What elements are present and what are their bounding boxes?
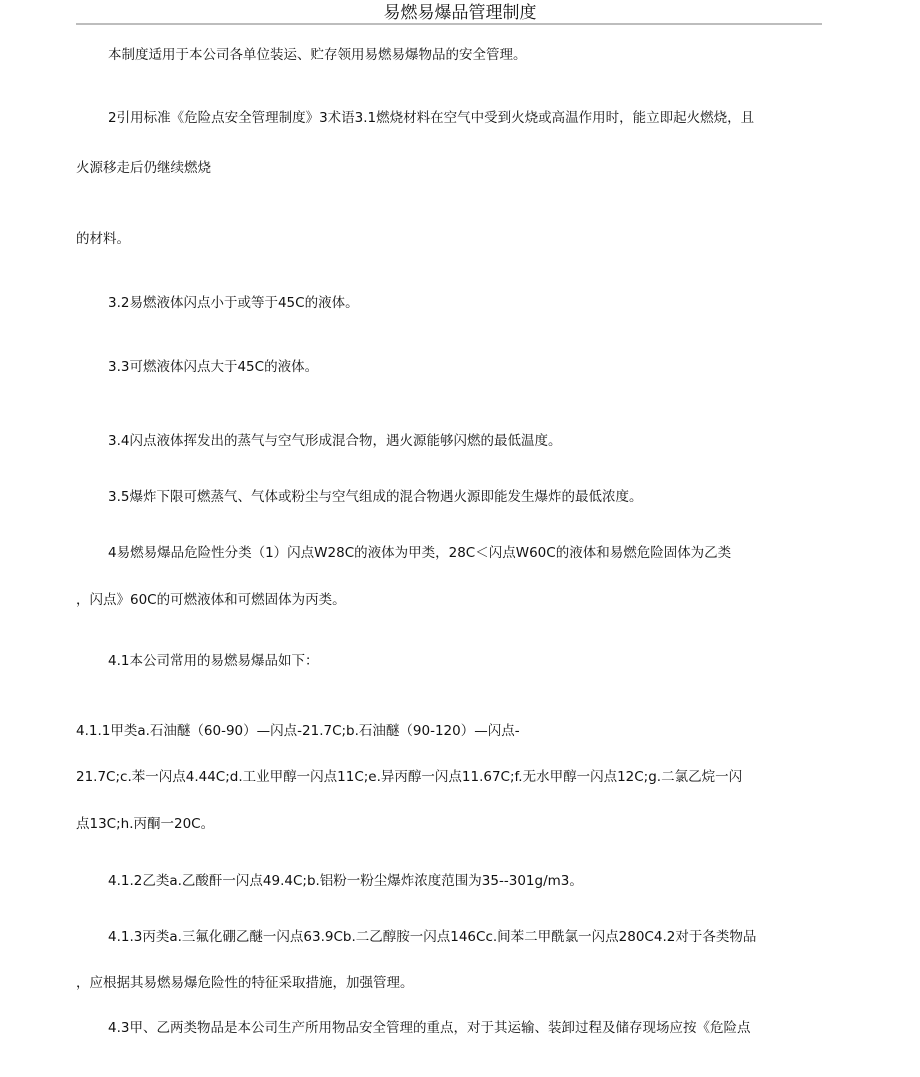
paragraph-3-5: 3.5爆炸下限可燃蒸气、气体或粉尘与空气组成的混合物遇火源即能发生爆炸的最低浓度… — [108, 488, 642, 506]
paragraph-3-2: 3.2易燃液体闪点小于或等于45C的液体。 — [108, 294, 359, 312]
title-divider — [76, 23, 822, 25]
paragraph-4-1-3-cont: ，应根据其易燃易爆危险性的特征采取措施，加强管理。 — [76, 974, 414, 992]
paragraph-4-1-2: 4.1.2乙类a.乙酸酐一闪点49.4C;b.铝粉一粉尘爆炸浓度范围为35--3… — [108, 872, 583, 890]
paragraph-reference-standard-end: 的材料。 — [76, 230, 130, 248]
paragraph-4-1-1-cont: 21.7C;c.苯一闪点4.44C;d.工业甲醇一闪点11C;e.异丙醇一闪点1… — [76, 768, 742, 786]
paragraph-4-3: 4.3甲、乙两类物品是本公司生产所用物品安全管理的重点，对于其运输、装卸过程及储… — [108, 1019, 750, 1037]
paragraph-4-1: 4.1本公司常用的易燃易爆品如下： — [108, 652, 318, 670]
paragraph-reference-standard-cont: 火源移走后仍继续燃烧 — [76, 159, 211, 177]
paragraph-4-1-3: 4.1.3丙类a.三氟化硼乙醚一闪点63.9Cb.二乙醇胺一闪点146Cc.间苯… — [108, 928, 756, 946]
paragraph-scope: 本制度适用于本公司各单位装运、贮存领用易燃易爆物品的安全管理。 — [108, 46, 527, 64]
paragraph-3-4: 3.4闪点液体挥发出的蒸气与空气形成混合物，遇火源能够闪燃的最低温度。 — [108, 432, 561, 450]
paragraph-4-classification-cont: ，闪点》60C的可燃液体和可燃固体为丙类。 — [76, 591, 346, 609]
paragraph-4-1-1-end: 点13C;h.丙酮一20C。 — [76, 815, 214, 833]
paragraph-4-1-1: 4.1.1甲类a.石油醚（60-90）—闪点-21.7C;b.石油醚（90-12… — [76, 722, 520, 740]
paragraph-4-classification: 4易燃易爆品危险性分类（1）闪点W28C的液体为甲类，28C＜闪点W60C的液体… — [108, 544, 731, 562]
document-title: 易燃易爆品管理制度 — [0, 2, 920, 24]
paragraph-3-3: 3.3可燃液体闪点大于45C的液体。 — [108, 358, 318, 376]
paragraph-reference-standard: 2引用标准《危险点安全管理制度》3术语3.1燃烧材料在空气中受到火烧或高温作用时… — [108, 109, 754, 127]
